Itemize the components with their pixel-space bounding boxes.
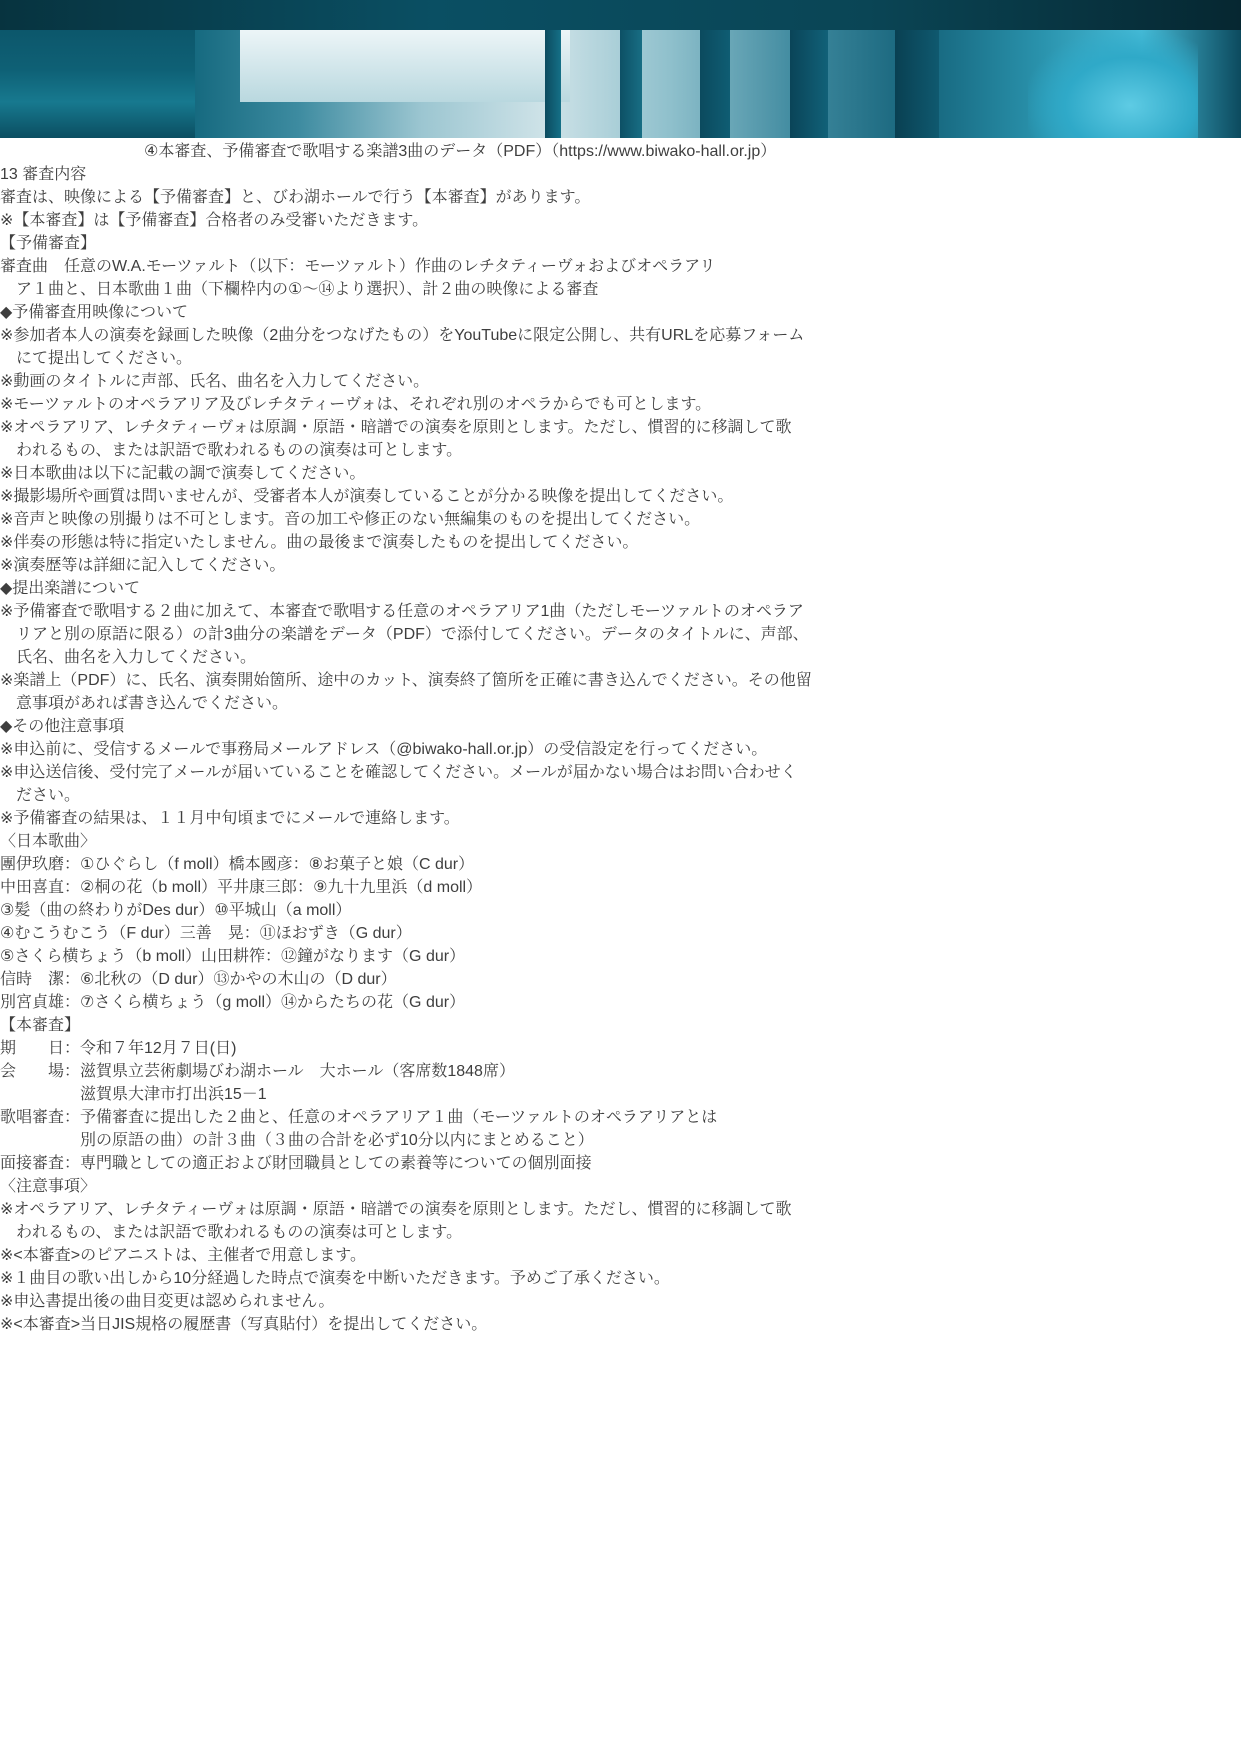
composer-left: 信時 潔：: [0, 971, 80, 988]
text-line: ※申込書提出後の曲目変更は認められません。: [0, 1288, 1241, 1311]
text-line: ※１曲目の歌い出しから10分経過した時点で演奏を中断いただきます。予めご了承くだ…: [0, 1265, 1241, 1288]
song-right: ⑨九十九里浜（d moll）: [313, 879, 482, 896]
text-line: 意事項があれば書き込んでください。: [0, 690, 1241, 713]
text-line: ※<本審査>当日JIS規格の履歴書（写真貼付）を提出してください。: [0, 1311, 1241, 1334]
composer-right: 山田耕筰：: [201, 948, 281, 965]
song-left: ②桐の花（b moll）: [80, 879, 217, 896]
text-line: ◆提出楽譜について: [0, 575, 1241, 598]
text-line: ※オペラアリア、レチタティーヴォは原調・原語・暗譜での演奏を原則とします。ただし…: [0, 414, 1241, 437]
section-screening-content: 13 審査内容 審査は、映像による【予備審査】と、びわ湖ホールで行う【本審査】が…: [0, 161, 1241, 1334]
text-line: 【予備審査】: [0, 230, 1241, 253]
japanese-songs-box: 〈日本歌曲〉 團伊玖磨：①ひぐらし（f moll）橋本國彦：⑧お菓子と娘（C d…: [0, 828, 1241, 1012]
text-line: ※日本歌曲は以下に記載の調で演奏してください。: [0, 460, 1241, 483]
text-line: ※申込送信後、受付完了メールが届いていることを確認してください。メールが届かない…: [0, 759, 1241, 782]
text-line: 氏名、曲名を入力してください。: [0, 644, 1241, 667]
text-line: ア１曲と、日本歌曲１曲（下欄枠内の①～⑭より選択）、計２曲の映像による審査: [0, 276, 1241, 299]
hero-pillar: [700, 26, 730, 138]
text-line: 別の原語の曲）の計３曲（３曲の合計を必ず10分以内にまとめること）: [0, 1127, 1241, 1150]
hero-sky: [240, 28, 570, 102]
text-line: ※参加者本人の演奏を録画した映像（2曲分をつなげたもの）をYouTubeに限定公…: [0, 322, 1241, 345]
text-line: 〈注意事項〉: [0, 1173, 1241, 1196]
hero-pillar: [545, 26, 561, 138]
text-line: 期 日：令和７年12月７日(日): [0, 1035, 1241, 1058]
song-right: ⑩平城山（a moll）: [214, 902, 351, 919]
song-row: 信時 潔：⑥北秋の（D dur）⑬かやの木山の（D dur）: [0, 966, 1241, 989]
hero-ceiling: [0, 0, 1241, 30]
song-right: ⑬かやの木山の（D dur）: [214, 971, 397, 988]
screening-intro-lines: 審査は、映像による【予備審査】と、びわ湖ホールで行う【本審査】があります。※【本…: [0, 184, 1241, 299]
song-left: ③髪（曲の終わりがDes dur）: [0, 902, 214, 919]
flyer-page: 12 応募方法 （WEB申込のみ対応） びわ湖ホールホームページの応募フォームか…: [0, 0, 1241, 1754]
text-line: ※動画のタイトルに声部、氏名、曲名を入力してください。: [0, 368, 1241, 391]
hero-pillar: [1010, 26, 1042, 138]
text-line: ※楽譜上（PDF）に、氏名、演奏開始箇所、途中のカット、演奏終了箇所を正確に書き…: [0, 667, 1241, 690]
text-line: ④本審査、予備審査で歌唱する楽譜3曲のデータ（PDF）（https://www.…: [0, 138, 1241, 161]
sidebar-screening-content: 13 審査内容: [0, 161, 1241, 184]
song-row: 中田喜直：②桐の花（b moll）平井康三郎：⑨九十九里浜（d moll）: [0, 874, 1241, 897]
text-line: ださい。: [0, 782, 1241, 805]
song-right: ⑫鐘がなります（G dur）: [281, 948, 465, 965]
song-left: ⑦さくら横ちょう（g moll）: [80, 994, 281, 1011]
preliminary-video-notes: ◆予備審査用映像について※参加者本人の演奏を録画した映像（2曲分をつなげたもの）…: [0, 299, 1241, 575]
text-line: 滋賀県大津市打出浜15－1: [0, 1081, 1241, 1104]
song-left: ⑤さくら横ちょう（b moll）: [0, 948, 201, 965]
text-line: われるもの、または訳語で歌われるものの演奏は可とします。: [0, 1219, 1241, 1242]
text-line: リアと別の原語に限る）の計3曲分の楽譜をデータ（PDF）で添付してください。デー…: [0, 621, 1241, 644]
submitted-score-notes: ◆提出楽譜について※予備審査で歌唱する２曲に加えて、本審査で歌唱する任意のオペラ…: [0, 575, 1241, 713]
text-line: ※<本審査>のピアニストは、主催者で用意します。: [0, 1242, 1241, 1265]
text-line: ※演奏歴等は詳細に記入してください。: [0, 552, 1241, 575]
song-right: ⑧お菓子と娘（C dur）: [309, 856, 474, 873]
song-left: ④むこうむこう（F dur）: [0, 925, 180, 942]
text-line: ※予備審査で歌唱する２曲に加えて、本審査で歌唱する任意のオペラアリア1曲（ただし…: [0, 598, 1241, 621]
text-line: ※伴奏の形態は特に指定いたしません。曲の最後まで演奏したものを提出してください。: [0, 529, 1241, 552]
song-row: ③髪（曲の終わりがDes dur）⑩平城山（a moll）: [0, 897, 1241, 920]
composer-left: 中田喜直：: [0, 879, 80, 896]
composer-right: 平井康三郎：: [217, 879, 313, 896]
song-left: ⑥北秋の（D dur）: [80, 971, 213, 988]
final-review-heading: 【本審査】: [0, 1012, 1241, 1035]
text-line: ※音声と映像の別撮りは不可とします。音の加工や修正のない無編集のものを提出してく…: [0, 506, 1241, 529]
text-line: ※申込前に、受信するメールで事務局メールアドレス（@biwako-hall.or…: [0, 736, 1241, 759]
screening-content-heading: 13 審査内容: [0, 161, 1241, 184]
song-row: ④むこうむこう（F dur）三善 晃：⑪ほおずき（G dur）: [0, 920, 1241, 943]
text-line: 歌唱審査：予備審査に提出した２曲と、任意のオペラアリア１曲（モーツァルトのオペラ…: [0, 1104, 1241, 1127]
hero-pillar: [620, 26, 642, 138]
composer-left: 團伊玖磨：: [0, 856, 80, 873]
song-left: ①ひぐらし（f moll）: [80, 856, 229, 873]
composer-right: 橋本國彦：: [229, 856, 309, 873]
header-photo: [0, 0, 1241, 138]
composer-left: 別宮貞雄：: [0, 994, 80, 1011]
website-url-caption: （https://www.biwako-hall.or.jp）: [551, 143, 776, 160]
text-line: ◆予備審査用映像について: [0, 299, 1241, 322]
text-line: ※モーツァルトのオペラアリア及びレチタティーヴォは、それぞれ別のオペラからでも可…: [0, 391, 1241, 414]
songs-rows: 團伊玖磨：①ひぐらし（f moll）橋本國彦：⑧お菓子と娘（C dur） 中田喜…: [0, 851, 1241, 1012]
text-line: 会 場：滋賀県立芸術劇場びわ湖ホール 大ホール（客席数1848席）: [0, 1058, 1241, 1081]
composer-right: 三善 晃：: [180, 925, 260, 942]
hero-pillar: [790, 26, 828, 138]
screening-content-title: 審査内容: [22, 166, 86, 183]
song-row: ⑤さくら横ちょう（b moll）山田耕筰：⑫鐘がなります（G dur）: [0, 943, 1241, 966]
hero-glass-glow: [1028, 30, 1198, 138]
final-review-notes: 〈注意事項〉※オペラアリア、レチタティーヴォは原調・原語・暗譜での演奏を原則とし…: [0, 1173, 1241, 1334]
text-line: 審査は、映像による【予備審査】と、びわ湖ホールで行う【本審査】があります。: [0, 184, 1241, 207]
text-line: にて提出してください。: [0, 345, 1241, 368]
songs-box-title: 〈日本歌曲〉: [0, 828, 1241, 851]
hero-pillar: [895, 26, 939, 138]
text-line: ※オペラアリア、レチタティーヴォは原調・原語・暗譜での演奏を原則とします。ただし…: [0, 1196, 1241, 1219]
item-13-badge: 13: [0, 166, 18, 183]
other-cautions: ◆その他注意事項※申込前に、受信するメールで事務局メールアドレス（@biwako…: [0, 713, 1241, 828]
text-line: 面接審査：専門職としての適正および財団職員としての素養等についての個別面接: [0, 1150, 1241, 1173]
line-text: ④本審査、予備審査で歌唱する楽譜3曲のデータ（PDF）: [0, 143, 551, 160]
song-right: ⑭からたちの花（G dur）: [281, 994, 465, 1011]
text-line: ◆その他注意事項: [0, 713, 1241, 736]
song-row: 團伊玖磨：①ひぐらし（f moll）橋本國彦：⑧お菓子と娘（C dur）: [0, 851, 1241, 874]
final-review-lines: 期 日：令和７年12月７日(日)会 場：滋賀県立芸術劇場びわ湖ホール 大ホール（…: [0, 1035, 1241, 1173]
song-right: ⑪ほおずき（G dur）: [260, 925, 412, 942]
text-line: われるもの、または訳語で歌われるものの演奏は可とします。: [0, 437, 1241, 460]
song-row: 別宮貞雄：⑦さくら横ちょう（g moll）⑭からたちの花（G dur）: [0, 989, 1241, 1012]
text-line: 審査曲 任意のW.A.モーツァルト（以下：モーツァルト）作曲のレチタティーヴォお…: [0, 253, 1241, 276]
text-line: ※撮影場所や画質は問いませんが、受審者本人が演奏していることが分かる映像を提出し…: [0, 483, 1241, 506]
screening-content: 審査は、映像による【予備審査】と、びわ湖ホールで行う【本審査】があります。※【本…: [0, 184, 1241, 1334]
text-line: ※予備審査の結果は、１１月中旬頃までにメールで連絡します。: [0, 805, 1241, 828]
text-line: ※【本審査】は【予備審査】合格者のみ受審いただきます。: [0, 207, 1241, 230]
